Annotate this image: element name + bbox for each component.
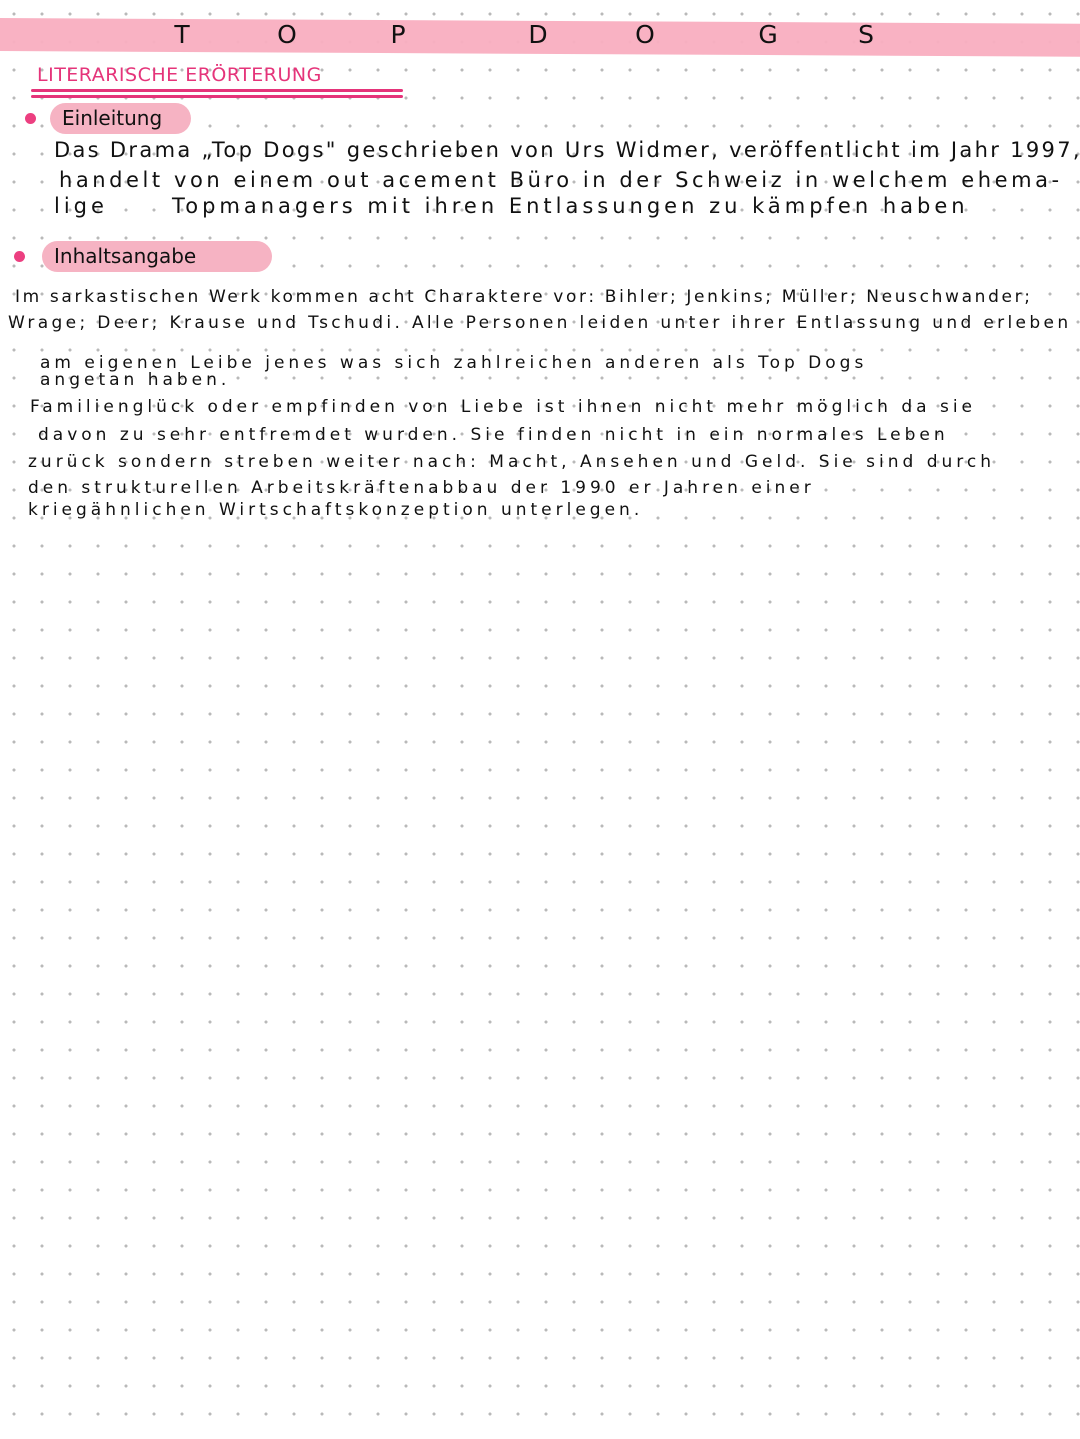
text-line: kriegähnlichen Wirtschaftskonzeption unt… <box>28 500 643 520</box>
title-letter: T <box>174 20 189 49</box>
main-heading: LITERARISCHE ERÖRTERUNG <box>37 64 322 86</box>
title-letter: P <box>390 20 405 49</box>
text-line: Das Drama „Top Dogs" geschrieben von Urs… <box>54 138 1080 162</box>
title-letter: S <box>858 20 874 49</box>
title-letter: O <box>277 20 297 49</box>
section-label-einleitung: Einleitung <box>50 103 191 134</box>
text-line: zurück sondern streben weiter nach: Mach… <box>28 452 995 472</box>
text-line: davon zu sehr entfremdet wurden. Sie fin… <box>38 425 949 445</box>
text-line: Wrage; Deer; Krause und Tschudi. Alle Pe… <box>8 313 1071 333</box>
bullet-icon <box>25 113 36 124</box>
title-letter: G <box>758 20 777 49</box>
text-line: handelt von einem out acement Büro in de… <box>59 168 1063 192</box>
heading-underline-second <box>31 95 403 98</box>
text-line: den strukturellen Arbeitskräftenabbau de… <box>28 478 815 498</box>
title-letter: O <box>635 20 655 49</box>
heading-underline <box>31 89 403 92</box>
title-letter: D <box>528 20 547 49</box>
text-line: Im sarkastischen Werk kommen acht Charak… <box>15 287 1033 307</box>
bullet-icon <box>14 251 25 262</box>
text-line: Familienglück oder empfinden von Liebe i… <box>30 397 976 417</box>
section-label-inhaltsangabe: Inhaltsangabe <box>42 241 272 272</box>
text-line: angetan haben. <box>40 370 230 390</box>
text-line: lige Topmanagers mit ihren Entlassungen … <box>54 194 969 218</box>
